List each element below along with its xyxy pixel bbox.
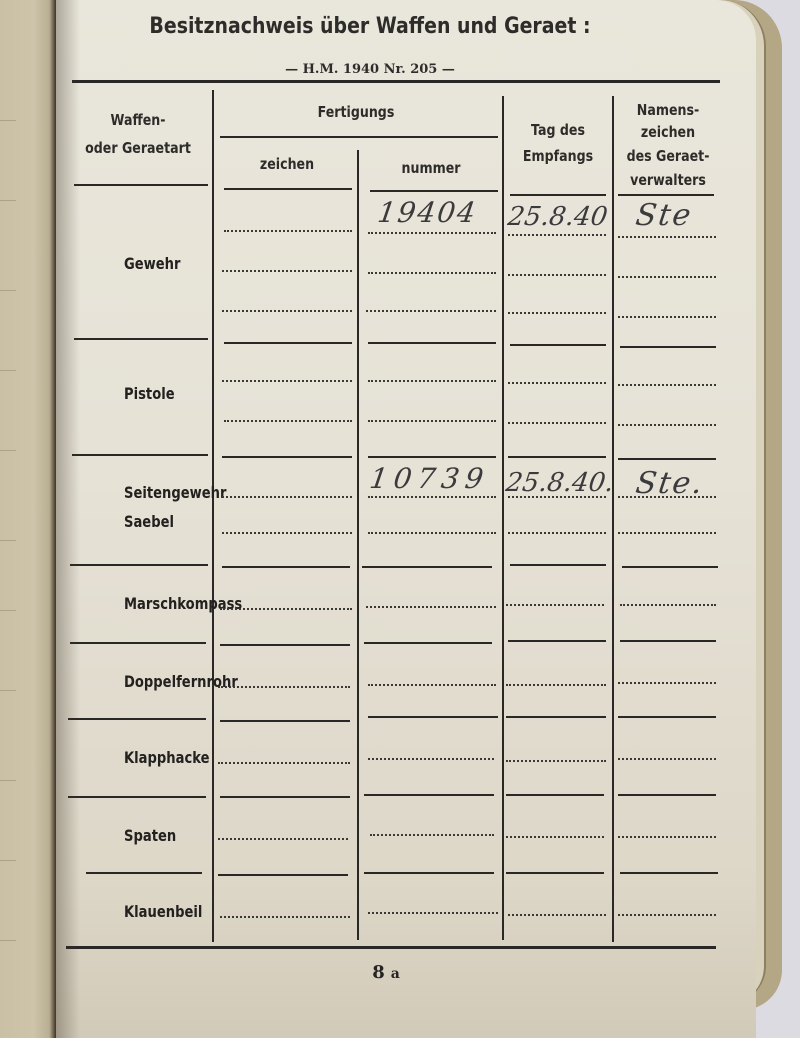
row-rule xyxy=(368,456,496,458)
receipt-date-value: 25.8.40. xyxy=(504,468,616,498)
entry-line[interactable] xyxy=(220,916,350,918)
entry-line[interactable] xyxy=(618,276,716,278)
row-rule xyxy=(618,794,716,796)
entry-line[interactable] xyxy=(368,758,494,760)
header-nummer: nummer xyxy=(373,158,489,179)
entry-line[interactable] xyxy=(368,532,496,534)
page-subtitle: — H.M. 1940 Nr. 205 — xyxy=(200,62,540,77)
header-zeichen: zeichen xyxy=(229,154,345,175)
signature-value: Ste xyxy=(634,198,695,233)
header-text: verwalters xyxy=(624,170,711,191)
header-text: zeichen xyxy=(624,122,711,143)
entry-line[interactable] xyxy=(506,760,606,762)
row-rule xyxy=(220,720,350,722)
entry-line[interactable] xyxy=(618,424,716,426)
item-label: Klauenbeil xyxy=(124,902,202,922)
row-rule xyxy=(222,566,350,568)
entry-line[interactable] xyxy=(368,232,496,234)
row-rule xyxy=(510,344,606,346)
row-rule xyxy=(362,566,492,568)
item-label: Marschkompass xyxy=(124,594,242,614)
entry-line[interactable] xyxy=(368,496,496,498)
page-number-value: 8 xyxy=(372,962,385,983)
entry-line[interactable] xyxy=(222,310,352,312)
entry-line[interactable] xyxy=(508,914,606,916)
fertigungs-rule xyxy=(220,136,498,138)
column-divider-3 xyxy=(502,96,504,940)
entry-line[interactable] xyxy=(224,230,352,232)
row-rule xyxy=(368,716,498,718)
row-rule xyxy=(618,458,716,460)
row-rule xyxy=(70,564,208,566)
entry-line[interactable] xyxy=(508,422,606,424)
entry-line[interactable] xyxy=(224,420,352,422)
entry-line[interactable] xyxy=(222,270,352,272)
row-rule xyxy=(508,640,606,642)
row-rule xyxy=(86,872,202,874)
entry-line[interactable] xyxy=(506,836,604,838)
entry-line[interactable] xyxy=(618,682,716,684)
entry-line[interactable] xyxy=(368,272,496,274)
entry-line[interactable] xyxy=(508,496,606,498)
row-rule xyxy=(506,794,604,796)
row-rule xyxy=(218,874,348,876)
item-label: Doppelfernrohr xyxy=(124,672,238,692)
row-rule xyxy=(224,342,352,344)
row-rule xyxy=(620,346,716,348)
entry-line[interactable] xyxy=(618,532,716,534)
page-title: Besitznachweis über Waffen und Geraet : xyxy=(138,14,602,39)
entry-line[interactable] xyxy=(618,758,716,760)
entry-line[interactable] xyxy=(366,310,496,312)
entry-line[interactable] xyxy=(506,604,604,606)
row-rule xyxy=(620,640,716,642)
entry-line[interactable] xyxy=(618,496,716,498)
row-rule xyxy=(68,718,206,720)
row-rule xyxy=(74,338,208,340)
item-label: Spaten xyxy=(124,826,176,846)
entry-line[interactable] xyxy=(508,274,606,276)
header-fertigungs: Fertigungs xyxy=(238,102,473,123)
entry-line[interactable] xyxy=(618,836,716,838)
item-label: Seitengewehr xyxy=(124,483,226,503)
item-label: Pistole xyxy=(124,384,175,404)
header-rule xyxy=(224,188,352,190)
item-label: Gewehr xyxy=(124,254,181,274)
row-rule xyxy=(220,796,350,798)
serial-number-value: 10739 xyxy=(368,462,492,495)
document-page: Besitznachweis über Waffen und Geraet : … xyxy=(56,0,756,1038)
row-rule xyxy=(364,872,494,874)
entry-line[interactable] xyxy=(222,496,352,498)
entry-line[interactable] xyxy=(618,384,716,386)
entry-line[interactable] xyxy=(618,316,716,318)
header-text: des Geraet- xyxy=(621,146,715,167)
entry-line[interactable] xyxy=(218,762,350,764)
entry-line[interactable] xyxy=(508,312,606,314)
row-rule xyxy=(68,796,206,798)
header-rule xyxy=(74,184,208,186)
entry-line[interactable] xyxy=(368,684,496,686)
header-text: Namens- xyxy=(624,100,711,121)
receipt-date-value: 25.8.40 xyxy=(506,202,609,232)
row-rule xyxy=(364,794,494,796)
row-rule xyxy=(368,342,496,344)
previous-page-edge xyxy=(0,0,56,1038)
header-text: oder Geraetart xyxy=(72,138,203,159)
row-rule xyxy=(622,566,718,568)
row-rule xyxy=(506,716,606,718)
entry-line[interactable] xyxy=(506,684,606,686)
entry-line[interactable] xyxy=(220,608,352,610)
row-rule xyxy=(620,872,718,874)
header-rule xyxy=(510,194,606,196)
header-text: Waffen- xyxy=(81,110,195,131)
entry-line[interactable] xyxy=(508,234,606,236)
row-rule xyxy=(508,456,606,458)
column-divider-4 xyxy=(612,96,614,942)
header-rule xyxy=(618,194,714,196)
item-label-secondary: Saebel xyxy=(124,512,174,532)
bottom-rule xyxy=(66,946,716,949)
row-rule xyxy=(222,456,352,458)
row-rule xyxy=(506,872,604,874)
column-divider-1 xyxy=(212,90,214,942)
entry-line[interactable] xyxy=(508,532,606,534)
entry-line[interactable] xyxy=(366,606,496,608)
entry-line[interactable] xyxy=(508,382,606,384)
top-rule xyxy=(72,80,720,83)
row-rule xyxy=(364,642,492,644)
entry-line[interactable] xyxy=(368,912,498,914)
page-number-suffix: a xyxy=(391,966,400,982)
row-rule xyxy=(70,642,206,644)
header-text: Empfangs xyxy=(511,146,605,167)
entry-line[interactable] xyxy=(218,686,350,688)
header-text: Tag des xyxy=(513,120,604,141)
column-divider-2 xyxy=(357,150,359,940)
item-label: Klapphacke xyxy=(124,748,210,768)
entry-line[interactable] xyxy=(368,380,496,382)
entry-line[interactable] xyxy=(222,532,352,534)
row-rule xyxy=(72,454,208,456)
page-number: 8a xyxy=(346,962,426,983)
entry-line[interactable] xyxy=(620,604,716,606)
entry-line[interactable] xyxy=(368,420,496,422)
row-rule xyxy=(618,716,716,718)
row-rule xyxy=(510,564,606,566)
entry-line[interactable] xyxy=(370,834,494,836)
entry-line[interactable] xyxy=(218,838,348,840)
entry-line[interactable] xyxy=(222,380,352,382)
header-rule xyxy=(370,190,498,192)
entry-line[interactable] xyxy=(618,914,716,916)
entry-line[interactable] xyxy=(618,236,716,238)
serial-number-value: 19404 xyxy=(376,196,480,229)
row-rule xyxy=(220,644,350,646)
